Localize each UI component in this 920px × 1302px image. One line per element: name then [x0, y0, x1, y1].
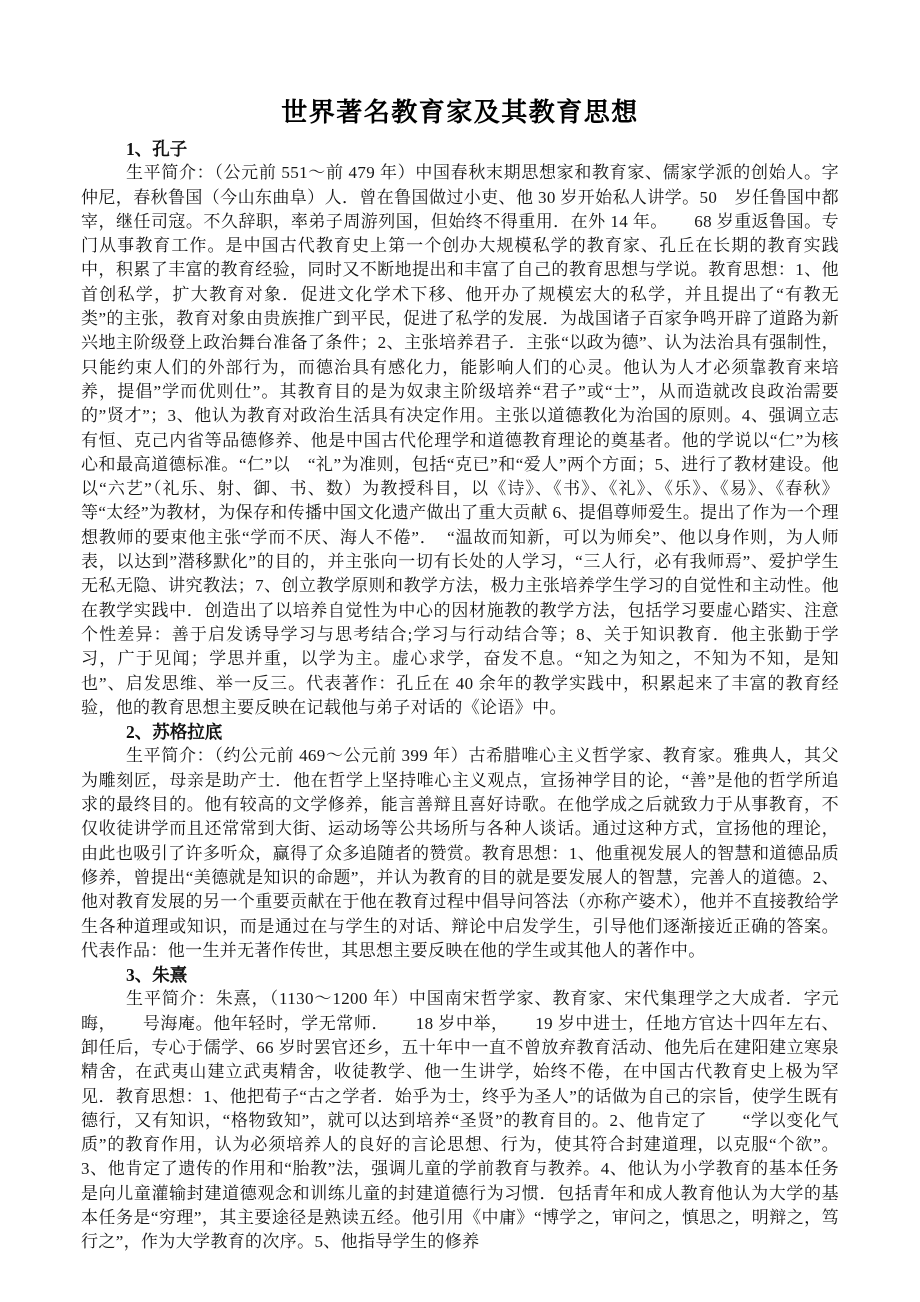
section-heading-zhuxi: 3、朱熹 — [81, 963, 839, 987]
section-zhuxi: 3、朱熹 生平简介：朱熹，（1130～1200 年）中国南宋哲学家、教育家、宋代… — [81, 963, 839, 1255]
document-page: 世界著名教育家及其教育思想 1、孔子 生平简介：（公元前 551～前 479 年… — [0, 0, 920, 1302]
document-title: 世界著名教育家及其教育思想 — [81, 95, 839, 129]
section-heading-kongzi: 1、孔子 — [81, 137, 839, 161]
section-body-sugeladi: 生平简介：（约公元前 469～公元前 399 年）古希腊唯心主义哲学家、教育家。… — [81, 744, 839, 963]
section-heading-sugeladi: 2、苏格拉底 — [81, 720, 839, 744]
section-sugeladi: 2、苏格拉底 生平简介：（约公元前 469～公元前 399 年）古希腊唯心主义哲… — [81, 720, 839, 963]
section-body-zhuxi: 生平简介：朱熹，（1130～1200 年）中国南宋哲学家、教育家、宋代集理学之大… — [81, 987, 839, 1254]
section-body-kongzi: 生平简介：（公元前 551～前 479 年）中国春秋末期思想家和教育家、儒家学派… — [81, 161, 839, 720]
section-kongzi: 1、孔子 生平简介：（公元前 551～前 479 年）中国春秋末期思想家和教育家… — [81, 137, 839, 720]
